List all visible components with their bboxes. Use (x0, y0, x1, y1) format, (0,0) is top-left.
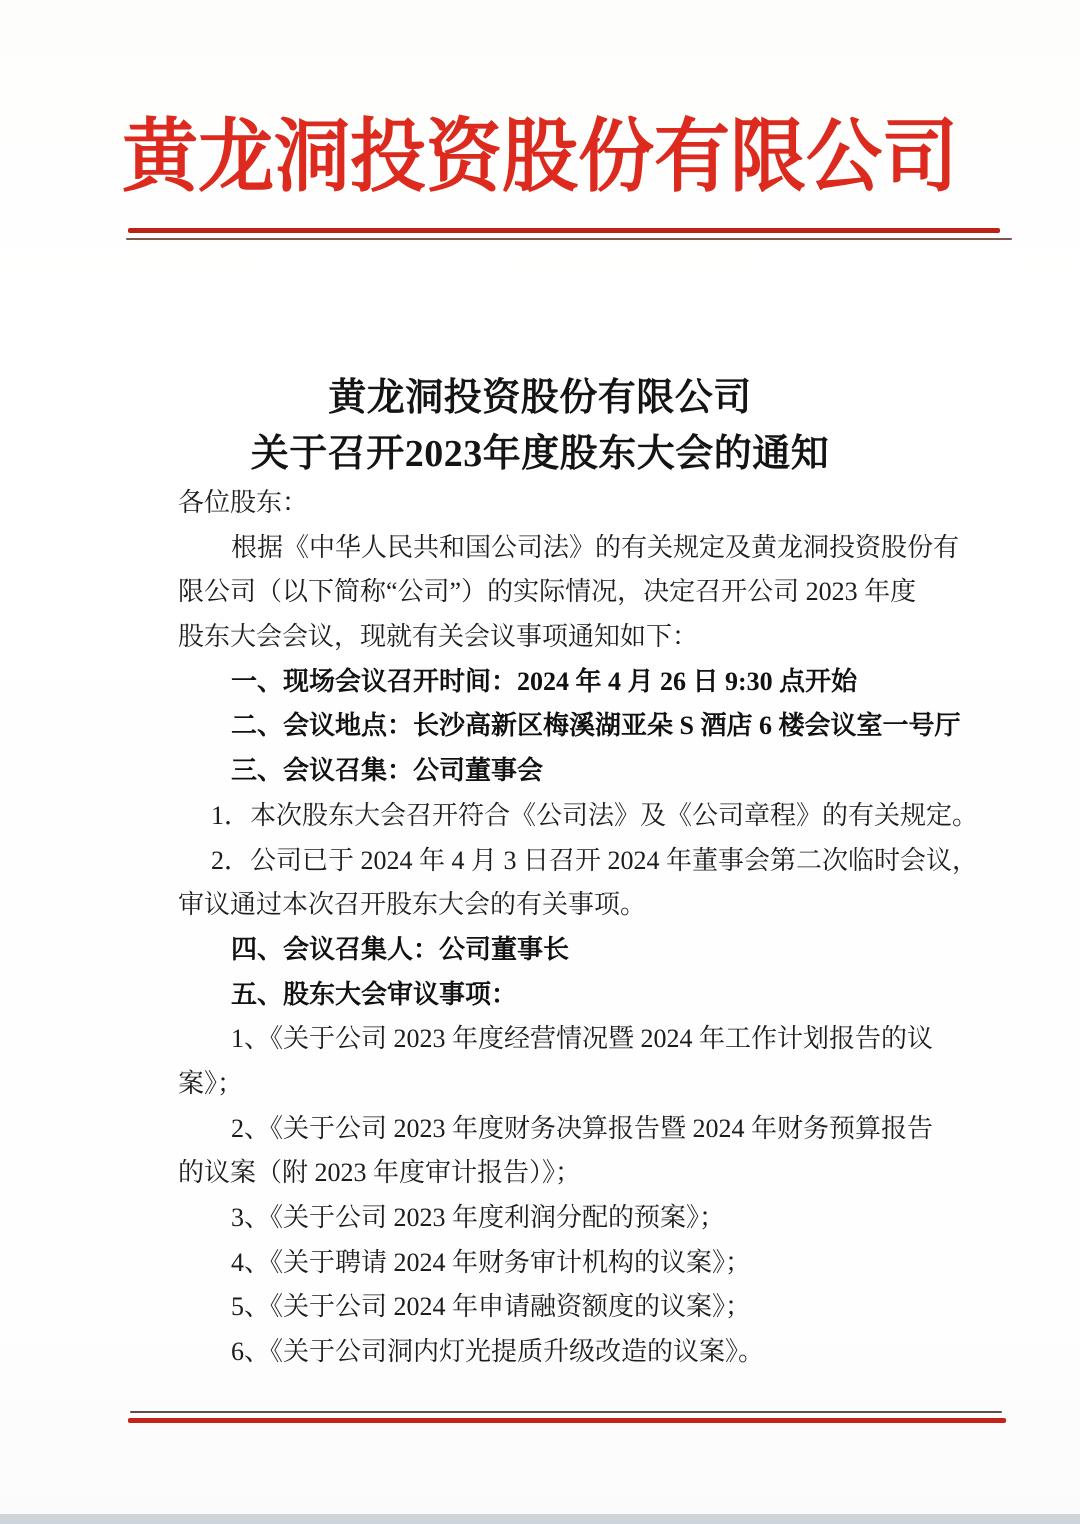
body-line: 二、会议地点：长沙高新区梅溪湖亚朵 S 酒店 6 楼会议室一号厅 (178, 704, 958, 749)
body-line: 1、《关于公司 2023 年度经营情况暨 2024 年工作计划报告的议 (178, 1017, 958, 1062)
body-line: 5、《关于公司 2024 年申请融资额度的议案》； (178, 1285, 958, 1330)
body-line: 的议案（附 2023 年度审计报告）》； (178, 1151, 958, 1196)
body-line: 限公司（以下简称“公司”）的实际情况，决定召开公司 2023 年度 (178, 570, 958, 615)
letterhead-rule-thin (126, 238, 1012, 240)
document-title-line1: 黄龙洞投资股份有限公司 (0, 366, 1080, 421)
body-line: 案》； (178, 1062, 958, 1107)
body-line: 股东大会会议，现就有关会议事项通知如下： (178, 615, 958, 660)
body-line: 五、股东大会审议事项： (178, 973, 958, 1018)
body-line: 根据《中华人民共和国公司法》的有关规定及黄龙洞投资股份有 (178, 526, 958, 571)
body-line: 3、《关于公司 2023 年度利润分配的预案》； (178, 1196, 958, 1241)
body-line: 三、会议召集：公司董事会 (178, 749, 958, 794)
document-page: 黄龙洞投资股份有限公司 黄龙洞投资股份有限公司 关于召开2023年度股东大会的通… (0, 0, 1080, 1524)
document-body: 各位股东：根据《中华人民共和国公司法》的有关规定及黄龙洞投资股份有限公司（以下简… (178, 481, 958, 1375)
body-line: 2．公司已于 2024 年 4 月 3 日召开 2024 年董事会第二次临时会议… (178, 839, 958, 884)
body-line: 1．本次股东大会召开符合《公司法》及《公司章程》的有关规定。 (178, 794, 958, 839)
document-title-line2: 关于召开2023年度股东大会的通知 (0, 422, 1080, 477)
body-line: 2、《关于公司 2023 年度财务决算报告暨 2024 年财务预算报告 (178, 1107, 958, 1152)
body-line: 4、《关于聘请 2024 年财务审计机构的议案》； (178, 1241, 958, 1286)
body-line: 四、会议召集人：公司董事长 (178, 928, 958, 973)
footer-rule-thick (128, 1418, 1006, 1423)
body-line: 6、《关于公司洞内灯光提质升级改造的议案》。 (178, 1330, 958, 1375)
letterhead-rule-thick (128, 228, 1000, 233)
body-line: 各位股东： (178, 481, 958, 526)
body-line: 审议通过本次召开股东大会的有关事项。 (178, 883, 958, 928)
company-letterhead: 黄龙洞投资股份有限公司 (27, 108, 1053, 208)
footer-rule-thin (130, 1411, 1002, 1413)
photo-bottom-edge (0, 1514, 1080, 1524)
body-line: 一、现场会议召开时间：2024 年 4 月 26 日 9:30 点开始 (178, 660, 958, 705)
